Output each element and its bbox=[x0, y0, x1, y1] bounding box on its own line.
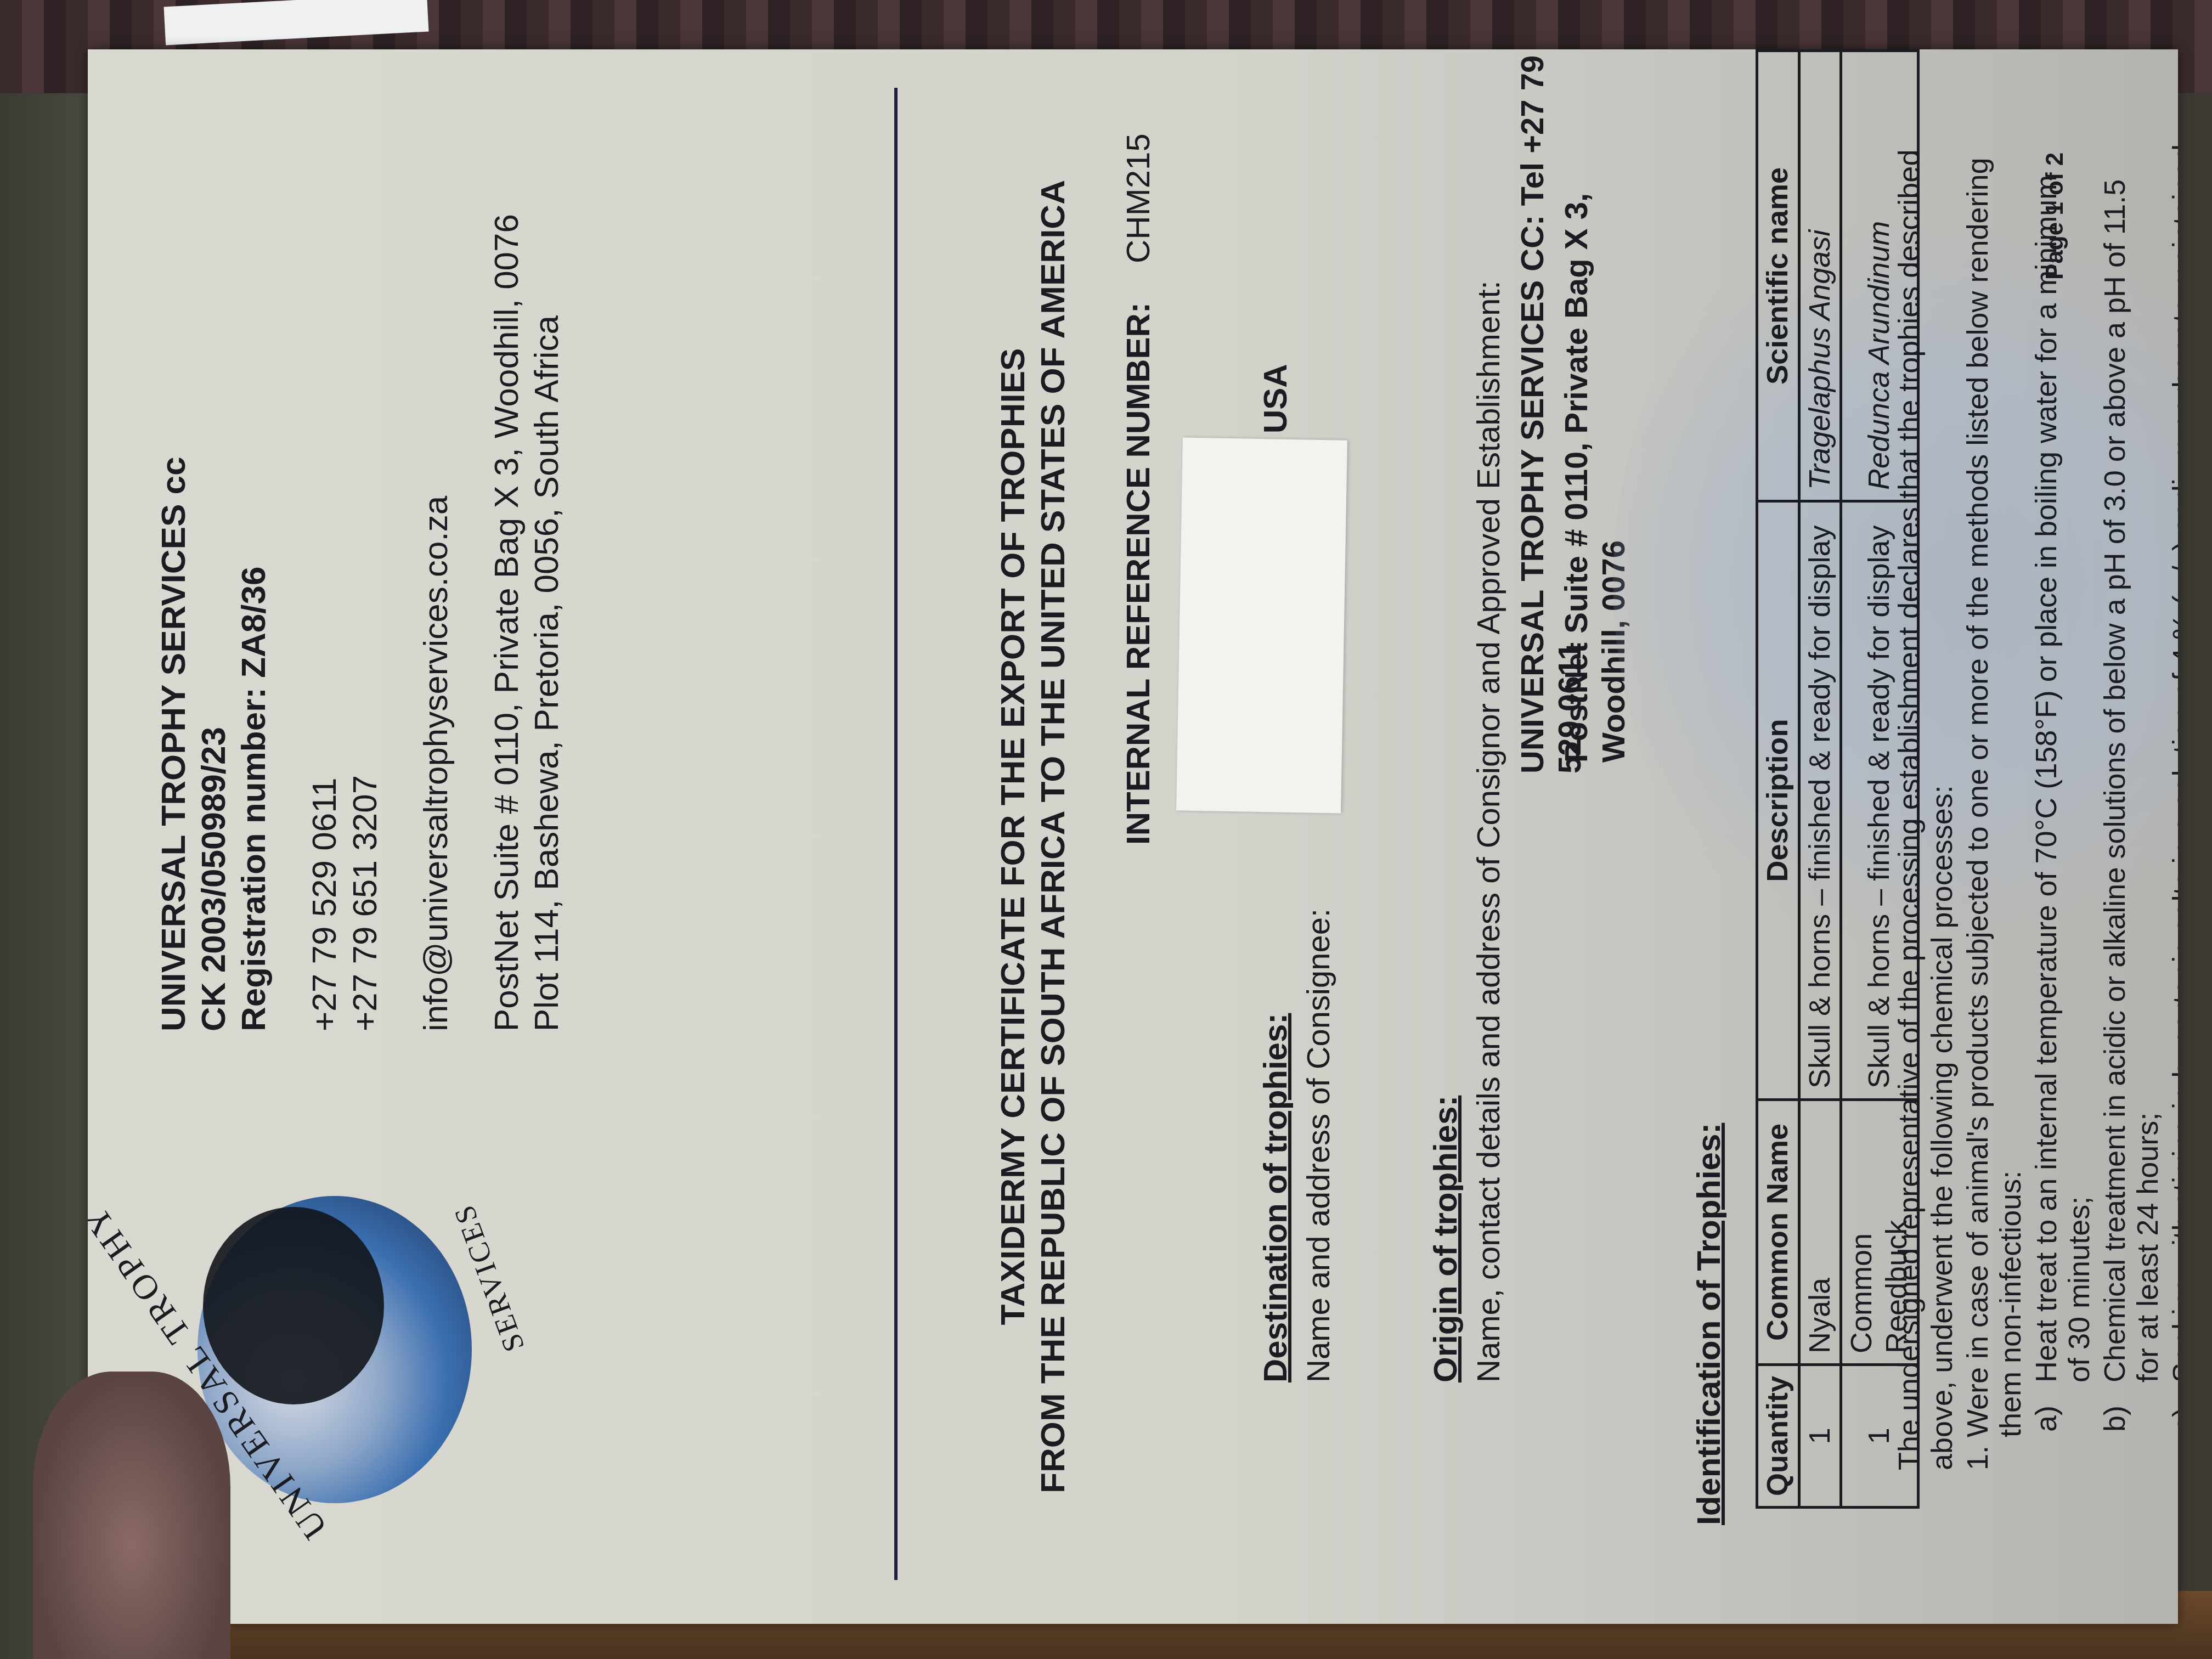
declaration-subitem: a)Heat treat to an internal temperature … bbox=[2030, 143, 2096, 1470]
header-divider bbox=[894, 88, 898, 1580]
destination-heading: Destination of trophies: bbox=[1256, 1013, 1295, 1383]
company-address-line: PostNet Suite # 0110, Private Bag X 3, W… bbox=[487, 214, 527, 1031]
column-header: Scientific name bbox=[1757, 51, 1799, 501]
certificate-page: UNIVERSAL TROPHY SERVICES UNIVERSAL TROP… bbox=[88, 49, 2178, 1624]
origin-label: Name, contact details and address of Con… bbox=[1470, 280, 1508, 1383]
declaration-item: 1.Were in case of animal's products subj… bbox=[1961, 143, 2028, 1470]
company-address-line: Plot 114, Bashewa, Pretoria, 0056, South… bbox=[527, 214, 567, 1031]
page-number: Page 1 of 2 bbox=[2041, 153, 2069, 280]
company-details: UNIVERSAL TROPHY SERVICES cc CK 2003/050… bbox=[154, 214, 567, 1031]
company-email: info@universaltrophyservices.co.za bbox=[416, 214, 456, 1031]
column-header: Quantity bbox=[1757, 1364, 1799, 1507]
certificate-sheet: UNIVERSAL TROPHY SERVICES UNIVERSAL TROP… bbox=[88, 49, 2178, 1624]
declaration-block: The undersigned representative of the pr… bbox=[1893, 143, 2178, 1470]
thumb-holding-paper bbox=[33, 1372, 230, 1659]
declaration-subitem: c)Soaking with stirring in hypertonic sa… bbox=[2167, 143, 2178, 1470]
title-line-2: FROM THE REPUBLIC OF SOUTH AFRICA TO THE… bbox=[1033, 49, 1073, 1624]
company-registration: Registration number: ZA8/36 bbox=[234, 214, 274, 1031]
cell-common-name: Nyala bbox=[1799, 1100, 1841, 1365]
destination-label: Name and address of Consignee: bbox=[1300, 909, 1338, 1383]
declaration-subitem: b)Chemical treatment in acidic or alkali… bbox=[2098, 143, 2165, 1470]
column-header: Description bbox=[1757, 501, 1799, 1100]
company-ck: CK 2003/050989/23 bbox=[194, 214, 234, 1031]
cell-scientific-name: Tragelaphus Angasi bbox=[1799, 51, 1841, 501]
declaration-intro: The undersigned representative of the pr… bbox=[1893, 143, 1959, 1470]
redaction-sticker bbox=[1176, 437, 1347, 813]
column-header: Common Name bbox=[1757, 1100, 1799, 1365]
company-name: UNIVERSAL TROPHY SERVICES cc bbox=[154, 214, 194, 1031]
certificate-title: TAXIDERMY CERTIFICATE FOR THE EXPORT OF … bbox=[993, 49, 1073, 1624]
cell-quantity: 1 bbox=[1799, 1364, 1841, 1507]
internal-reference-label: INTERNAL REFERENCE NUMBER: bbox=[1119, 302, 1158, 845]
company-phone: +27 79 529 0611 bbox=[304, 214, 345, 1031]
destination-fragment: USA bbox=[1256, 364, 1295, 433]
table-row: 1 Nyala Skull & horns – finished & ready… bbox=[1799, 51, 1841, 1508]
company-phone: +27 79 651 3207 bbox=[345, 214, 385, 1031]
internal-reference-value: CHM215 bbox=[1119, 133, 1158, 263]
identification-heading: Identification of Trophies: bbox=[1690, 1123, 1729, 1525]
title-line-1: TAXIDERMY CERTIFICATE FOR THE EXPORT OF … bbox=[993, 49, 1033, 1624]
origin-heading: Origin of trophies: bbox=[1426, 1096, 1465, 1383]
cell-description: Skull & horns – finished & ready for dis… bbox=[1799, 501, 1841, 1100]
